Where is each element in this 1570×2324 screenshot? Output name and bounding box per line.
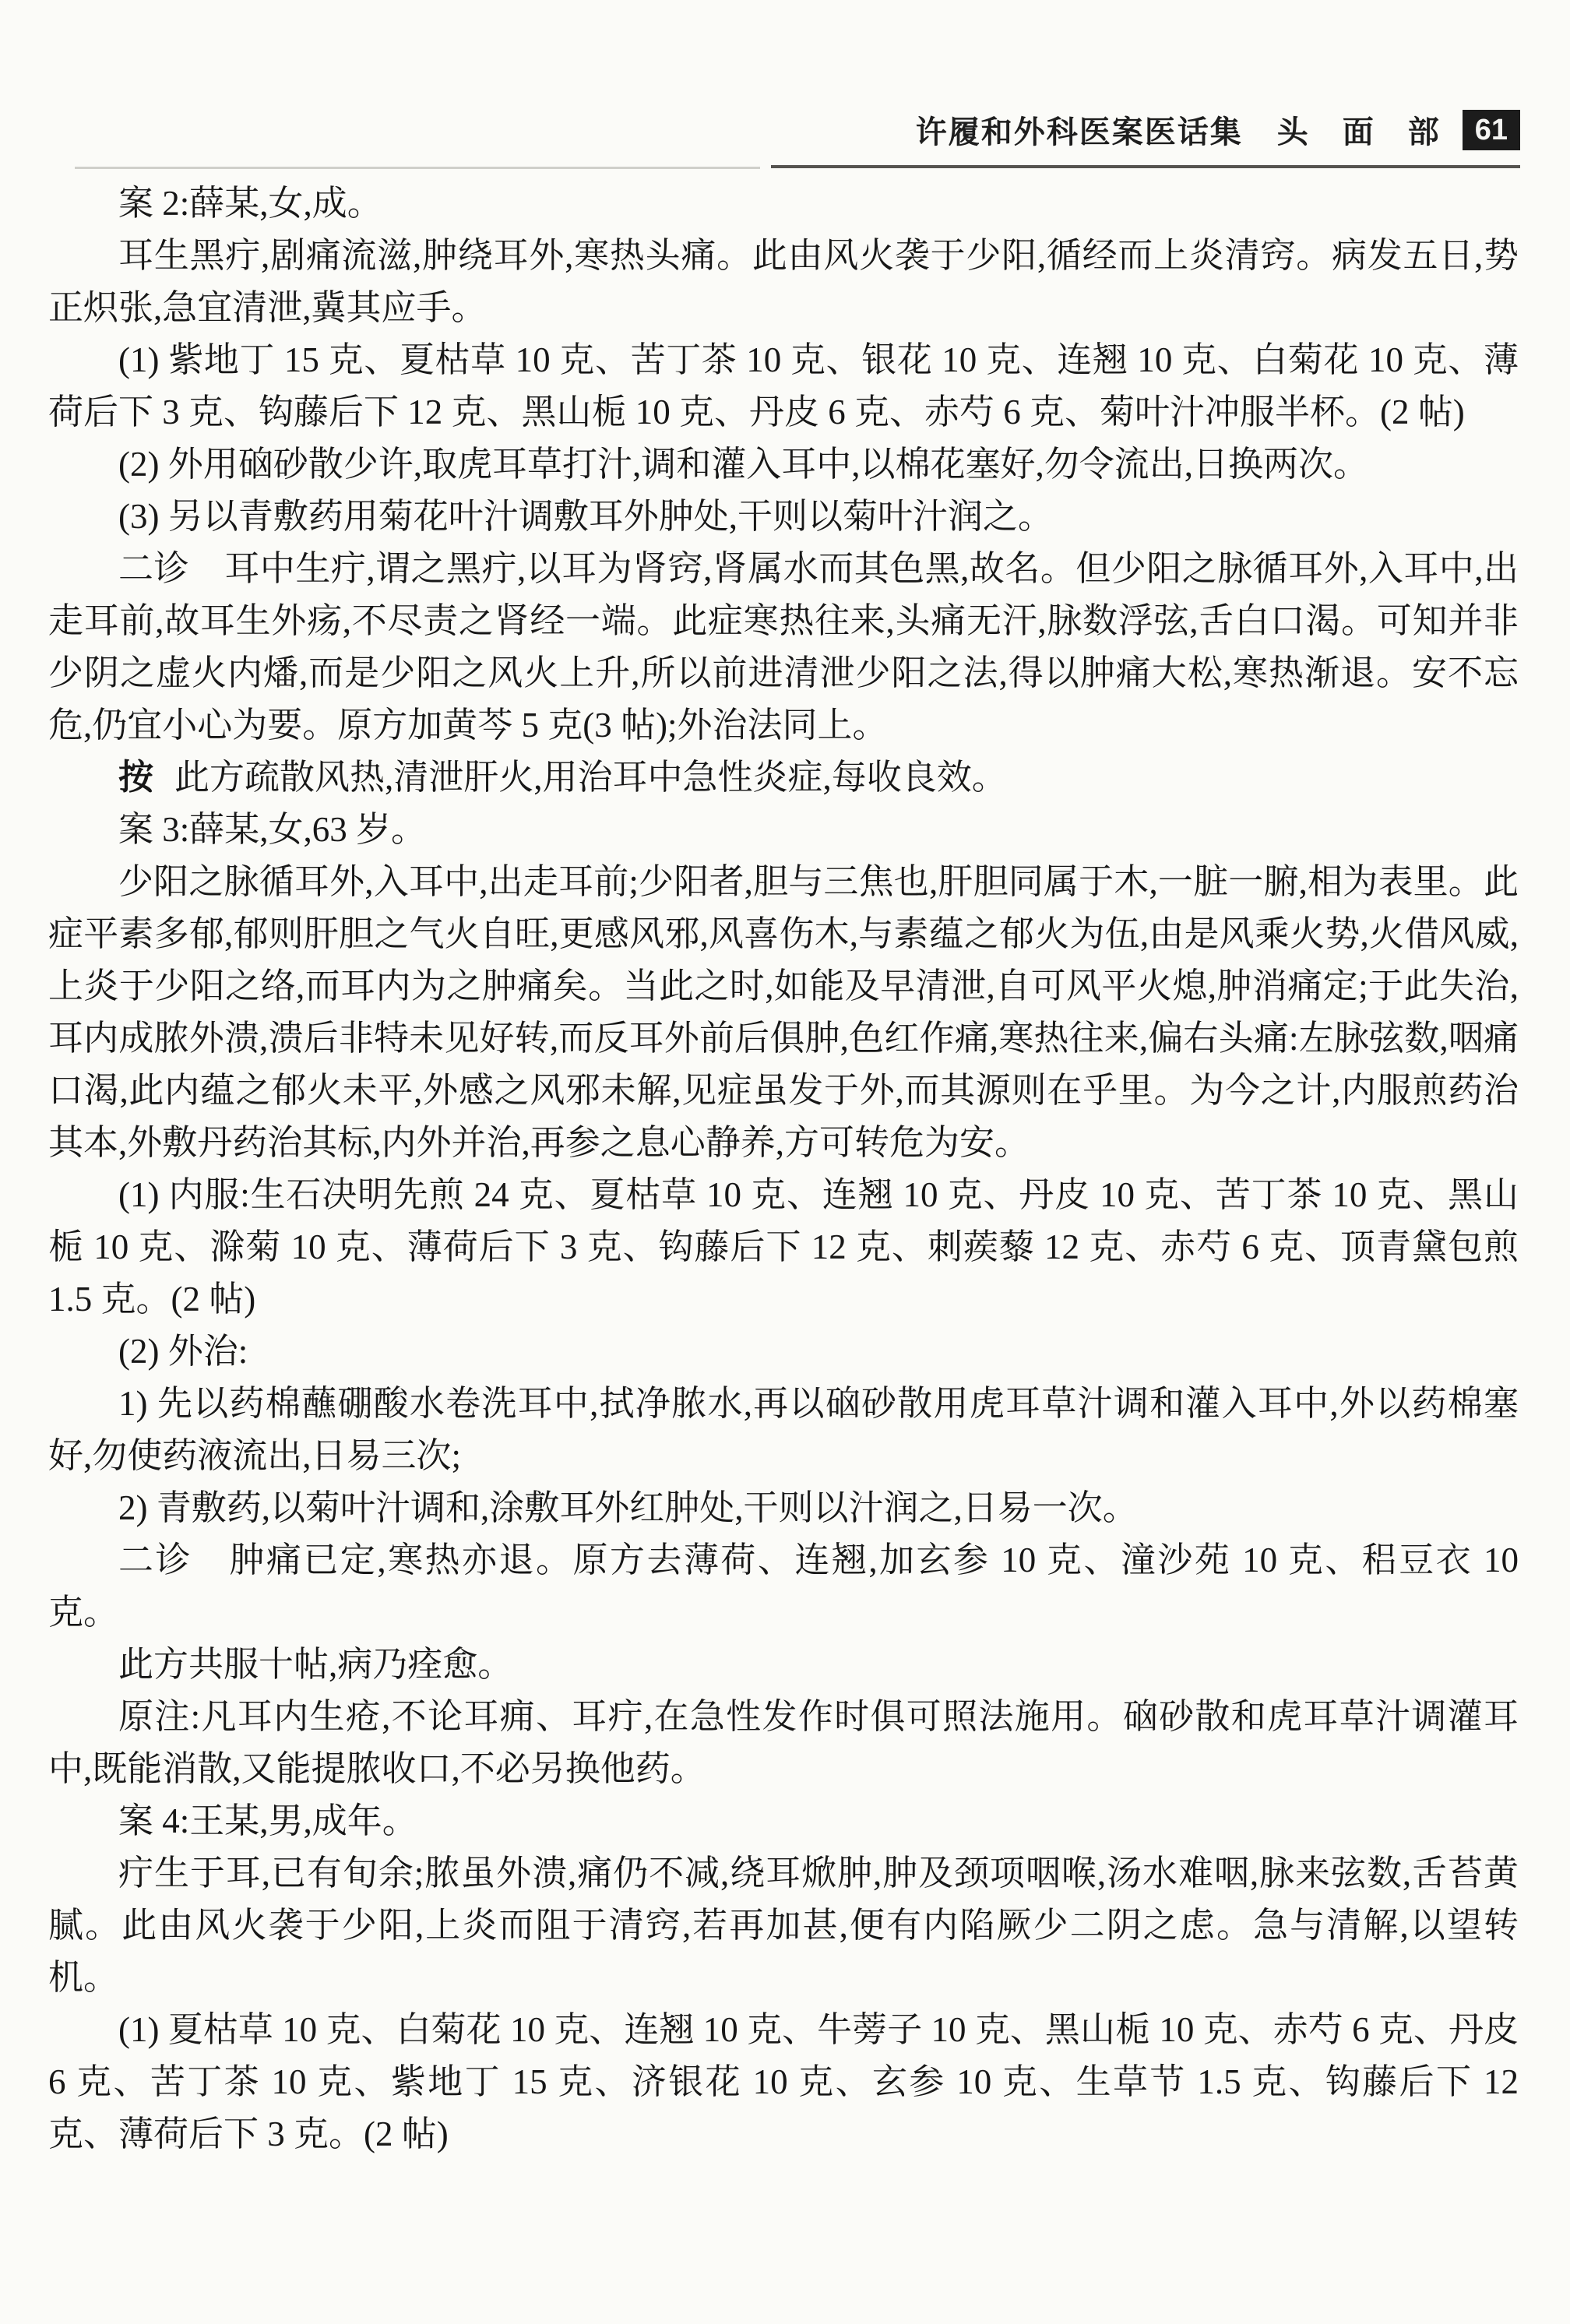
paragraph: 疔生于耳,已有旬余;脓虽外溃,痛仍不减,绕耳焮肿,肿及颈项咽喉,汤水难咽,脉来弦… [48, 1847, 1519, 2004]
paragraph-prescription: (2) 外用硇砂散少许,取虎耳草打汁,调和灌入耳中,以棉花塞好,勿令流出,日换两… [48, 438, 1519, 491]
paragraph-case4-heading: 案 4:王某,男,成年。 [48, 1795, 1519, 1847]
paragraph: 此方共服十帖,病乃痊愈。 [48, 1639, 1519, 1691]
note-label: 按 [118, 758, 153, 797]
page-number-badge: 61 [1463, 110, 1520, 150]
paragraph-prescription: (3) 另以青敷药用菊花叶汁调敷耳外肿处,干则以菊叶汁润之。 [48, 491, 1519, 543]
note-text: 此方疏散风热,清泄肝火,用治耳中急性炎症,每收良效。 [174, 758, 1007, 797]
paragraph-prescription: (1) 紫地丁 15 克、夏枯草 10 克、苦丁茶 10 克、银花 10 克、连… [48, 334, 1519, 438]
page-body: 案 2:薛某,女,成。 耳生黑疔,剧痛流滋,肿绕耳外,寒热头痛。此由风火袭于少阳… [48, 178, 1519, 2160]
paragraph-case3-heading: 案 3:薛某,女,63 岁。 [48, 804, 1519, 856]
header-rule-right [771, 165, 1520, 168]
paragraph-case2-heading: 案 2:薛某,女,成。 [48, 178, 1519, 230]
paragraph-prescription: (2) 外治: [48, 1326, 1519, 1378]
paragraph: 少阳之脉循耳外,入耳中,出走耳前;少阳者,胆与三焦也,肝胆同属于木,一脏一腑,相… [48, 856, 1519, 1169]
running-head: 许履和外科医案医话集 头 面 部 61 [916, 107, 1520, 152]
paragraph-prescription: 2) 青敷药,以菊叶汁调和,涂敷耳外红肿处,干则以汁润之,日易一次。 [48, 1482, 1519, 1534]
paragraph-second-visit: 二诊 耳中生疔,谓之黑疔,以耳为肾窍,肾属水而其色黑,故名。但少阳之脉循耳外,入… [48, 543, 1519, 752]
paragraph-note: 按此方疏散风热,清泄肝火,用治耳中急性炎症,每收良效。 [48, 752, 1519, 804]
paragraph-prescription: 1) 先以药棉蘸硼酸水卷洗耳中,拭净脓水,再以硇砂散用虎耳草汁调和灌入耳中,外以… [48, 1378, 1519, 1482]
section-label: 头 面 部 [1277, 107, 1441, 152]
paragraph-original-note: 原注:凡耳内生疮,不论耳痈、耳疔,在急性发作时俱可照法施用。硇砂散和虎耳草汁调灌… [48, 1691, 1519, 1795]
paragraph-prescription: (1) 内服:生石决明先煎 24 克、夏枯草 10 克、连翘 10 克、丹皮 1… [48, 1169, 1519, 1326]
paragraph: 耳生黑疔,剧痛流滋,肿绕耳外,寒热头痛。此由风火袭于少阳,循经而上炎清窍。病发五… [48, 230, 1519, 334]
paragraph-prescription: (1) 夏枯草 10 克、白菊花 10 克、连翘 10 克、牛蒡子 10 克、黑… [48, 2004, 1519, 2160]
header-rule-left [75, 167, 760, 169]
paragraph-second-visit: 二诊 肿痛已定,寒热亦退。原方去薄荷、连翘,加玄参 10 克、潼沙苑 10 克、… [48, 1534, 1519, 1639]
book-title: 许履和外科医案医话集 [916, 107, 1243, 152]
